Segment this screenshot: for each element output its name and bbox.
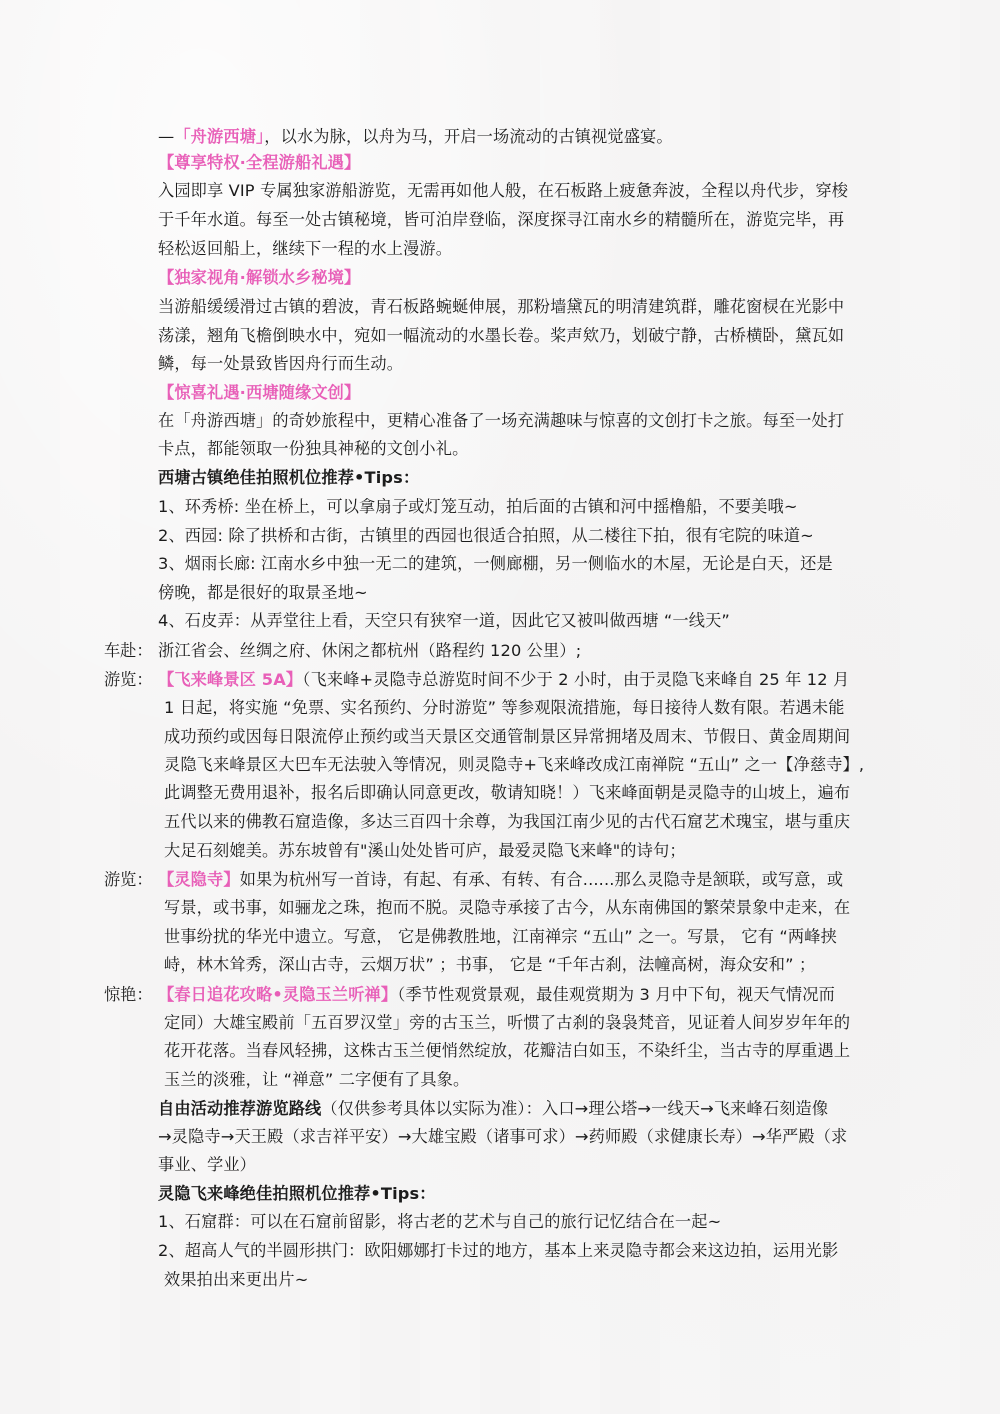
section2-line: 鳞，每一处景致皆因舟行而生动。: [158, 353, 403, 375]
lingyin-line: 写景，或书事，如骊龙之珠，抱而不脱。灵隐寺承接了古今，从东南佛国的繁荣景象中走来…: [164, 897, 850, 919]
intro-line: —「舟游西塘」，以水为脉，以舟为马，开启一场流动的古镇视觉盛宴。: [158, 126, 673, 148]
route-line: 事业、学业）: [158, 1154, 256, 1176]
xitang-tip: 3、烟雨长廊: 江南水乡中独一无二的建筑，一侧廊棚，另一侧临水的木屋，无论是白天…: [158, 553, 833, 575]
magnolia-line: 玉兰的淡雅，让 “禅意” 二字便有了具象。: [164, 1069, 469, 1091]
feilaifeng-line: 1 日起，将实施 “免票、实名预约、分时游览” 等参观限流措施，每日接待人数有限…: [164, 697, 845, 719]
drive-text: 浙江省会、丝绸之府、休闲之都杭州（路程约 120 公里）;: [158, 640, 581, 662]
lingyin-tip: 1、石窟群：可以在石窟前留影，将古老的艺术与自己的旅行记忆结合在一起~: [158, 1211, 721, 1233]
route-line: →灵隐寺→天王殿（求吉祥平安）→大雄宝殿（诸事可求）→药师殿（求健康长寿）→华严…: [158, 1126, 847, 1148]
section1-line: 轻松返回船上，继续下一程的水上漫游。: [158, 238, 452, 260]
feilaifeng-line: 大足石刻媲美。苏东坡曾有"溪山处处皆可庐，最爱灵隐飞来峰"的诗句；: [164, 840, 686, 862]
lingyin-label: 游览：: [104, 869, 153, 891]
magnolia-line: 定同）大雄宝殿前「五百罗汉堂」旁的古玉兰，听惯了古刹的袅袅梵音，见证着人间岁岁年…: [164, 1012, 850, 1034]
intro-highlight: 「舟游西塘」: [174, 127, 264, 146]
section1-line: 于千年水道。每至一处古镇秘境，皆可泊岸登临，深度探寻江南水乡的精髓所在，游览完毕…: [158, 209, 844, 231]
magnolia-first-line: 【春日追花攻略•灵隐玉兰听禅】（季节性观赏景观，最佳观赏期为 3 月中下旬，视天…: [158, 984, 835, 1006]
itinerary-page: —「舟游西塘」，以水为脉，以舟为马，开启一场流动的古镇视觉盛宴。 【尊享特权·全…: [0, 0, 1000, 1414]
feilaifeng-line: 此调整无费用退补，报名后即确认同意更改，敬请知晓！）飞来峰面朝是灵隐寺的山坡上，…: [164, 782, 850, 804]
route-heading: 自由活动推荐游览路线: [158, 1099, 321, 1118]
route-first-rest: （仅供参考具体以实际为准）：入口→理公塔→一线天→飞来峰石刻造像: [321, 1099, 828, 1118]
xitang-tip: 2、西园: 除了拱桥和古街，古镇里的西园也很适合拍照，从二楼往下拍，很有宅院的味…: [158, 525, 814, 547]
lingyin-tip: 效果拍出来更出片~: [164, 1269, 308, 1291]
lingyin-first-rest: 如果为杭州写一首诗，有起、有承、有转、有合......那么灵隐寺是颔联，或写意，…: [240, 870, 844, 889]
section-heading-vip-boat: 【尊享特权·全程游船礼遇】: [158, 152, 360, 174]
lingyin-line: 峙，林木耸秀，深山古寺，云烟万状” ；书事， 它是 “千年古刹，法幢高树，海众安…: [164, 954, 815, 976]
lingyin-tip: 2、超高人气的半圆形拱门：欧阳娜娜打卡过的地方，基本上来灵隐寺都会来这边拍，运用…: [158, 1240, 838, 1262]
feilaifeng-line: 成功预约或因每日限流停止预约或当天景区交通管制景区异常拥堵及周末、节假日、黄金周…: [164, 726, 850, 748]
feilaifeng-label: 游览：: [104, 669, 153, 691]
feilaifeng-line: 五代以来的佛教石窟造像，多达三百四十余尊，为我国江南少见的古代石窟艺术瑰宝，堪与…: [164, 811, 850, 833]
lingyin-line: 世事纷扰的华光中遗立。写意， 它是佛教胜地，江南禅宗 “五山” 之一。写景， 它…: [164, 926, 837, 948]
feilaifeng-highlight: 【飞来峰景区 5A】: [158, 670, 302, 689]
magnolia-label: 惊艳：: [104, 984, 153, 1006]
route-first-line: 自由活动推荐游览路线（仅供参考具体以实际为准）：入口→理公塔→一线天→飞来峰石刻…: [158, 1098, 828, 1120]
xitang-tip: 1、环秀桥: 坐在桥上，可以拿扇子或灯笼互动，拍后面的古镇和河中摇橹船，不要美哦…: [158, 496, 798, 518]
intro-rest: ，以水为脉，以舟为马，开启一场流动的古镇视觉盛宴。: [264, 127, 672, 146]
section-heading-exclusive-view: 【独家视角·解锁水乡秘境】: [158, 267, 360, 289]
section3-line: 卡点，都能领取一份独具神秘的文创小礼。: [158, 438, 468, 460]
magnolia-line: 花开花落。当春风轻拂，这株古玉兰便悄然绽放，花瓣洁白如玉，不染纤尘，当古寺的厚重…: [164, 1040, 850, 1062]
xitang-tips-heading: 西塘古镇绝佳拍照机位推荐•Tips：: [158, 467, 419, 489]
section3-line: 在「舟游西塘」的奇妙旅程中，更精心准备了一场充满趣味与惊喜的文创打卡之旅。每至一…: [158, 410, 844, 432]
lingyin-tips-heading: 灵隐飞来峰绝佳拍照机位推荐•Tips：: [158, 1183, 436, 1205]
intro-prefix: —: [158, 127, 174, 146]
xitang-tip: 4、石皮弄：从弄堂往上看，天空只有狭窄一道，因此它又被叫做西塘 “一线天”: [158, 610, 730, 632]
drive-label: 车赴：: [104, 640, 153, 662]
feilaifeng-first-line: 【飞来峰景区 5A】（飞来峰+灵隐寺总游览时间不少于 2 小时，由于灵隐飞来峰自…: [158, 669, 849, 691]
lingyin-first-line: 【灵隐寺】如果为杭州写一首诗，有起、有承、有转、有合......那么灵隐寺是颔联…: [158, 869, 843, 891]
magnolia-highlight: 【春日追花攻略•灵隐玉兰听禅】: [158, 985, 397, 1004]
magnolia-first-rest: （季节性观赏景观，最佳观赏期为 3 月中下旬，视天气情况而: [397, 985, 835, 1004]
lingyin-highlight: 【灵隐寺】: [158, 870, 240, 889]
feilaifeng-line: 灵隐飞来峰景区大巴车无法驶入等情况，则灵隐寺+飞来峰改成江南禅院 “五山” 之一…: [164, 754, 864, 776]
section1-line: 入园即享 VIP 专属独家游船游览，无需再如他人般，在石板路上疲惫奔波，全程以舟…: [158, 180, 848, 202]
section2-line: 当游船缓缓滑过古镇的碧波，青石板路蜿蜒伸展，那粉墙黛瓦的明清建筑群，雕花窗棂在光…: [158, 296, 844, 318]
section2-line: 荡漾，翘角飞檐倒映水中，宛如一幅流动的水墨长卷。桨声欸乃，划破宁静，古桥横卧，黛…: [158, 325, 844, 347]
xitang-tip: 傍晚，都是很好的取景圣地~: [158, 582, 368, 604]
section-heading-surprise-gift: 【惊喜礼遇·西塘随缘文创】: [158, 382, 360, 404]
feilaifeng-first-rest: （飞来峰+灵隐寺总游览时间不少于 2 小时，由于灵隐飞来峰自 25 年 12 月: [302, 670, 849, 689]
